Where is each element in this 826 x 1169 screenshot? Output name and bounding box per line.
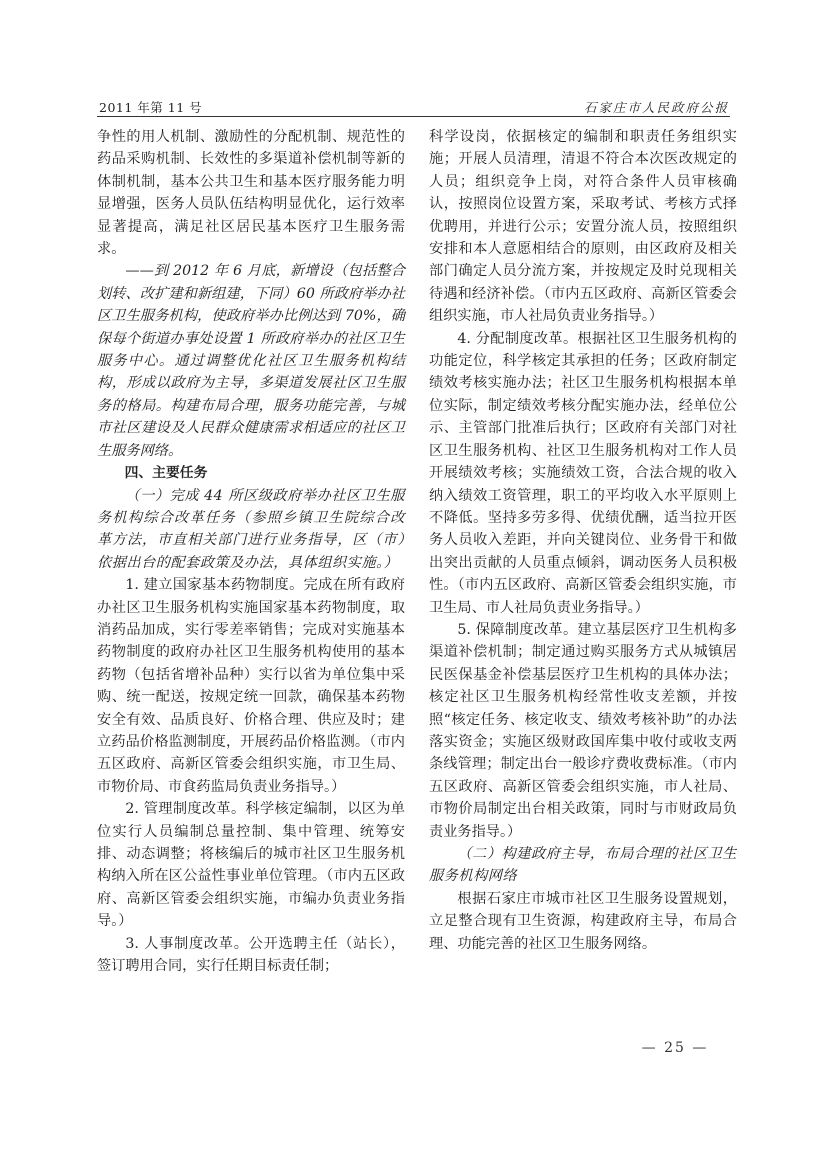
item-1-essential-drugs: 1. 建立国家基本药物制度。完成在所有政府办社区卫生服务机构实施国家基本药物制度… <box>97 574 405 798</box>
paragraph-continued: 争性的用人机制、激励性的分配机制、规范性的药品采购机制、长效性的多渠道补偿机制等… <box>97 126 405 260</box>
item-2-management-reform: 2. 管理制度改革。科学核定编制，以区为单位实行人员编制总量控制、集中管理、统筹… <box>97 798 405 932</box>
running-header: 2011 年第 11 号 石家庄市人民政府公报 <box>97 98 730 117</box>
page-number: — 25 — <box>620 1040 730 1056</box>
paragraph-target-2012: ——到 2012 年 6 月底，新增设（包括整合划转、改扩建和新组建，下同）60… <box>97 260 405 462</box>
right-column: 科学设岗，依据核定的编制和职责任务组织实施；开展人员清理，清退不符合本次医改规定… <box>429 126 737 955</box>
paragraph-network-plan: 根据石家庄市城市社区卫生服务设置规划，立足整合现有卫生资源，构建政府主导，布局合… <box>429 888 737 955</box>
item-3-personnel-reform-cont: 科学设岗，依据核定的编制和职责任务组织实施；开展人员清理，清退不符合本次医改规定… <box>429 126 737 328</box>
section-heading-main-tasks: 四、主要任务 <box>97 462 405 484</box>
publication-title: 石家庄市人民政府公报 <box>584 98 729 116</box>
subsection-heading-2: （二）构建政府主导，布局合理的社区卫生服务机构网络 <box>429 843 737 888</box>
item-4-distribution-reform: 4. 分配制度改革。根据社区卫生服务机构的功能定位，科学核定其承担的任务；区政府… <box>429 328 737 619</box>
issue-label: 2011 年第 11 号 <box>99 98 202 116</box>
item-5-security-reform: 5. 保障制度改革。建立基层医疗卫生机构多渠道补偿机制；制定通过购买服务方式从城… <box>429 619 737 843</box>
left-column: 争性的用人机制、激励性的分配机制、规范性的药品采购机制、长效性的多渠道补偿机制等… <box>97 126 405 977</box>
item-3-personnel-reform-start: 3. 人事制度改革。公开选聘主任（站长），签订聘用合同，实行任期目标责任制； <box>97 933 405 978</box>
subsection-heading-1: （一）完成 44 所区级政府举办社区卫生服务机构综合改革任务（参照乡镇卫生院综合… <box>97 485 405 575</box>
